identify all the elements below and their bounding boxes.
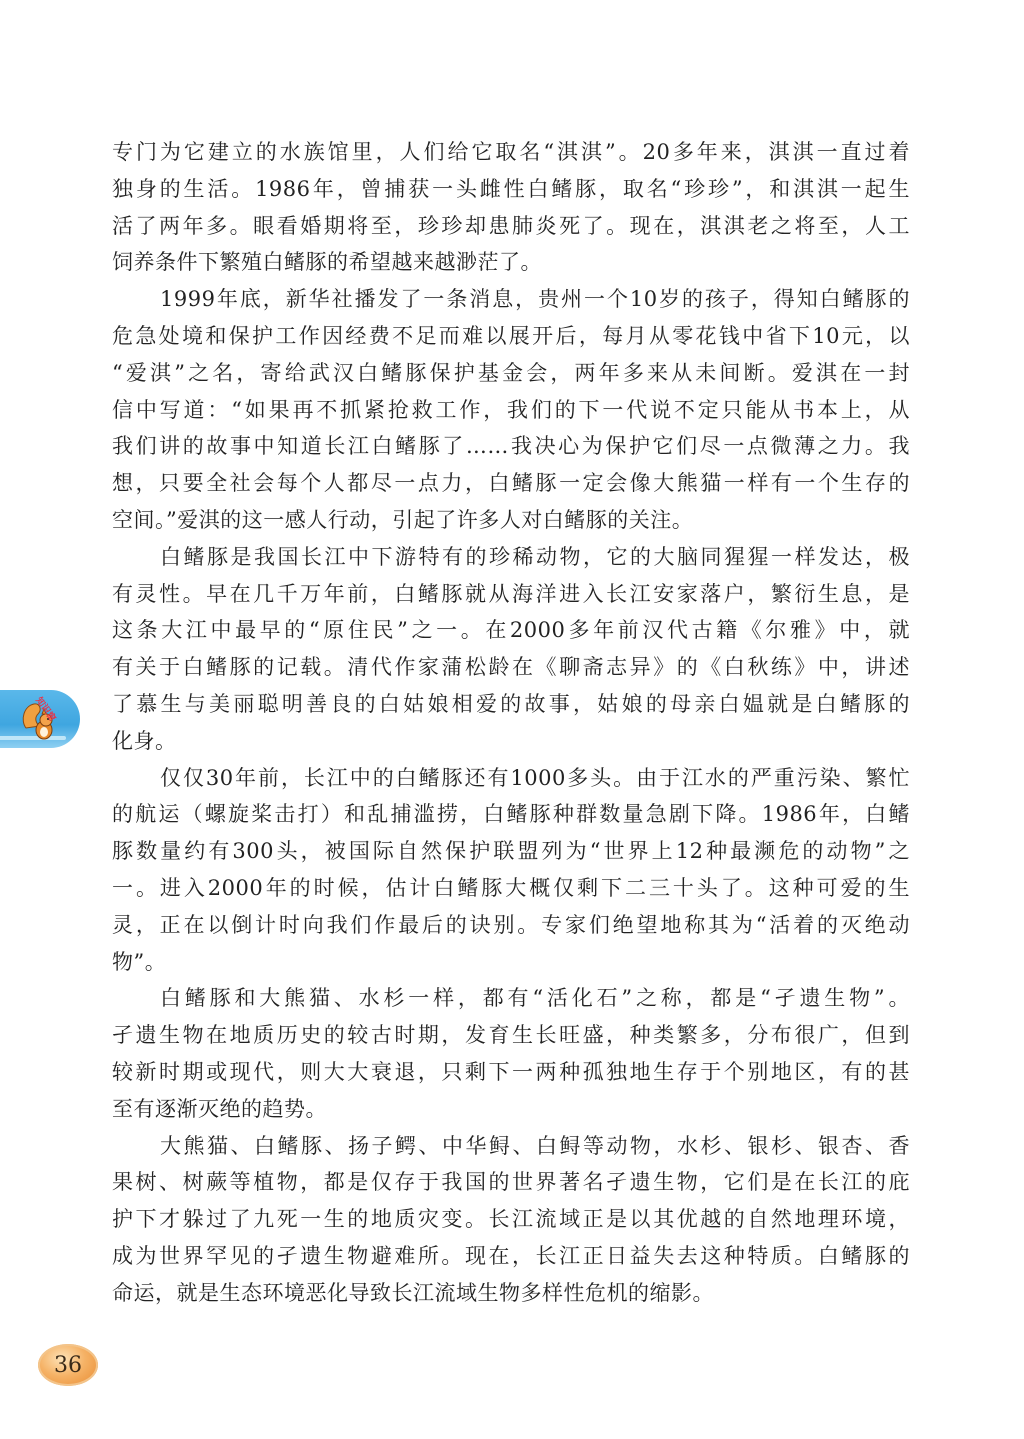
text-line: 独身的生活。1986年，曾捕获一头雌性白鳍豚，取名“珍珍”，和淇淇一起生 [112,171,910,208]
page-number-badge: 36 [38,1344,98,1386]
text-line: 空间。”爱淇的这一感人行动，引起了许多人对白鳍豚的关注。 [112,502,910,539]
text-line: 1999年底，新华社播发了一条消息，贵州一个10岁的孩子，得知白鳍豚的 [112,281,910,318]
text-line: 果树、树蕨等植物，都是仅存于我国的世界著名孑遗生物，它们是在长江的庇 [112,1164,910,1201]
text-line: 物”。 [112,944,910,981]
text-line: 较新时期或现代，则大大衰退，只剩下一两种孤独地生存于个别地区，有的甚 [112,1054,910,1091]
text-line: 豚数量约有300头，被国际自然保护联盟列为“世界上12种最濒危的动物”之 [112,833,910,870]
text-line: 仅仅30年前，长江中的白鳍豚还有1000多头。由于江水的严重污染、繁忙 [112,760,910,797]
text-line: 成为世界罕见的孑遗生物避难所。现在，长江正日益失去这种特质。白鳍豚的 [112,1238,910,1275]
text-line: 了慕生与美丽聪明善良的白姑娘相爱的故事，姑娘的母亲白媪就是白鳍豚的 [112,686,910,723]
text-line: 我们讲的故事中知道长江白鳍豚了……我决心为保护它们尽一点微薄之力。我 [112,428,910,465]
text-line: 危急处境和保护工作因经费不足而难以展开后，每月从零花钱中省下10元，以 [112,318,910,355]
text-line: 至有逐渐灭绝的趋势。 [112,1091,910,1128]
text-line: 有灵性。早在几千万年前，白鳍豚就从海洋进入长江安家落户，繁衍生息，是 [112,576,910,613]
text-line: 活了两年多。眼看婚期将至，珍珍却患肺炎死了。现在，淇淇老之将至，人工 [112,208,910,245]
text-line: 孑遗生物在地质历史的较古时期，发育生长旺盛，种类繁多，分布很广，但到 [112,1017,910,1054]
text-line: 想，只要全社会每个人都尽一点力，白鳍豚一定会像大熊猫一样有一个生存的 [112,465,910,502]
text-line: 命运，就是生态环境恶化导致长江流域生物多样性危机的缩影。 [112,1275,910,1312]
text-line: 护下才躲过了九死一生的地质灾变。长江流域正是以其优越的自然地理环境， [112,1201,910,1238]
text-line: 有关于白鳍豚的记载。清代作家蒲松龄在《聊斋志异》的《白秋练》中，讲述 [112,649,910,686]
text-line: 一。进入2000年的时候，估计白鳍豚大概仅剩下二三十头了。这种可爱的生 [112,870,910,907]
text-line: 大熊猫、白鳍豚、扬子鳄、中华鲟、白鲟等动物，水杉、银杉、银杏、香 [112,1128,910,1165]
text-line: “爱淇”之名，寄给武汉白鳍豚保护基金会，两年多来从未间断。爱淇在一封 [112,355,910,392]
text-line: 化身。 [112,723,910,760]
page-number: 36 [54,1353,82,1378]
text-line: 灵，正在以倒计时向我们作最后的诀别。专家们绝望地称其为“活着的灭绝动 [112,907,910,944]
text-line: 饲养条件下繁殖白鳍豚的希望越来越渺茫了。 [112,244,910,281]
text-line: 白鳍豚是我国长江中下游特有的珍稀动物，它的大脑同猩猩一样发达，极 [112,539,910,576]
text-line: 这条大江中最早的“原住民”之一。在2000多年前汉代古籍《尔雅》中，就 [112,612,910,649]
text-line: 的航运（螺旋桨击打）和乱捕滥捞，白鳍豚种群数量急剧下降。1986年，白鳍 [112,796,910,833]
section-side-tab: 知识窗 [0,690,80,748]
body-text: 专门为它建立的水族馆里，人们给它取名“淇淇”。20多年来，淇淇一直过着 独身的生… [112,134,910,1312]
text-line: 信中写道：“如果再不抓紧抢救工作，我们的下一代说不定只能从书本上，从 [112,392,910,429]
text-line: 专门为它建立的水族馆里，人们给它取名“淇淇”。20多年来，淇淇一直过着 [112,134,910,171]
text-line: 白鳍豚和大熊猫、水杉一样，都有“活化石”之称，都是“孑遗生物”。 [112,980,910,1017]
